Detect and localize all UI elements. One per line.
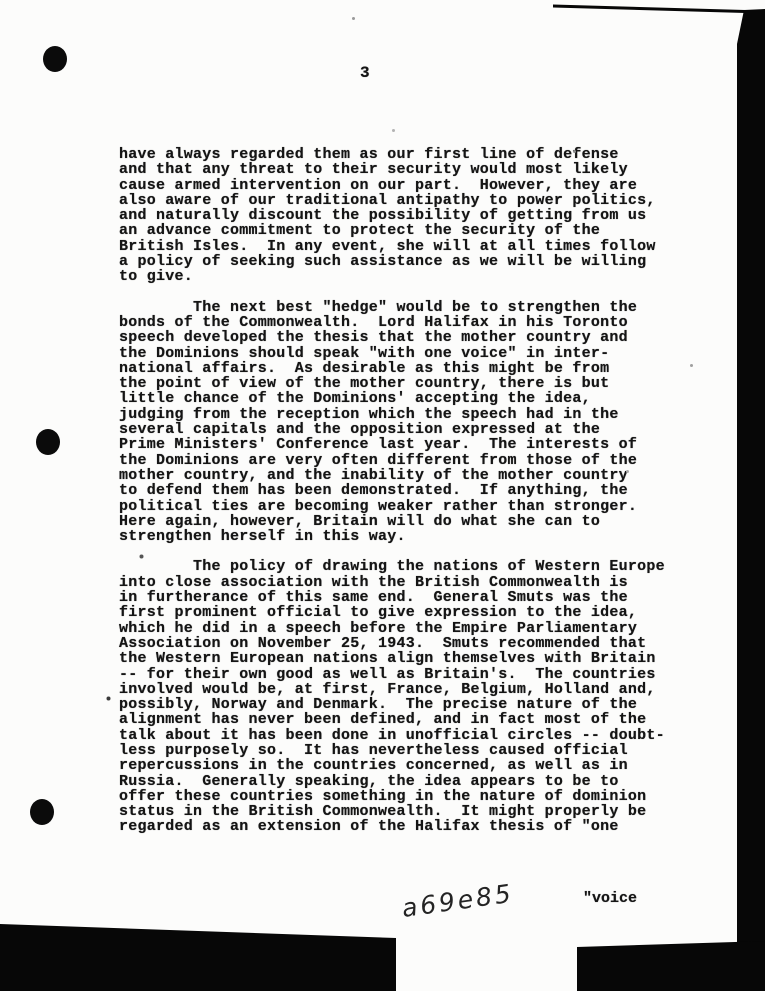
- punch-hole: [43, 46, 67, 72]
- document-body: have always regarded them as our first l…: [119, 147, 679, 850]
- page-number: 3: [360, 64, 370, 82]
- scan-artifact-bottom-left-bar: [0, 924, 396, 991]
- catchword: "voice: [583, 891, 637, 907]
- scanned-document-page: 3 have always regarded them as our first…: [0, 0, 765, 991]
- punch-hole: [36, 429, 60, 455]
- paragraph: The policy of drawing the nations of Wes…: [119, 559, 679, 834]
- punch-hole: [30, 799, 54, 825]
- scan-artifact-top-line: [553, 5, 765, 14]
- paragraph: have always regarded them as our first l…: [119, 147, 679, 285]
- scan-specks: [352, 17, 355, 20]
- scan-artifact-right-strip: [737, 9, 765, 991]
- scan-artifact-bottom-right-bar: [577, 941, 765, 991]
- paragraph: The next best "hedge" would be to streng…: [119, 300, 679, 545]
- handwritten-annotation: a69e85: [400, 881, 515, 922]
